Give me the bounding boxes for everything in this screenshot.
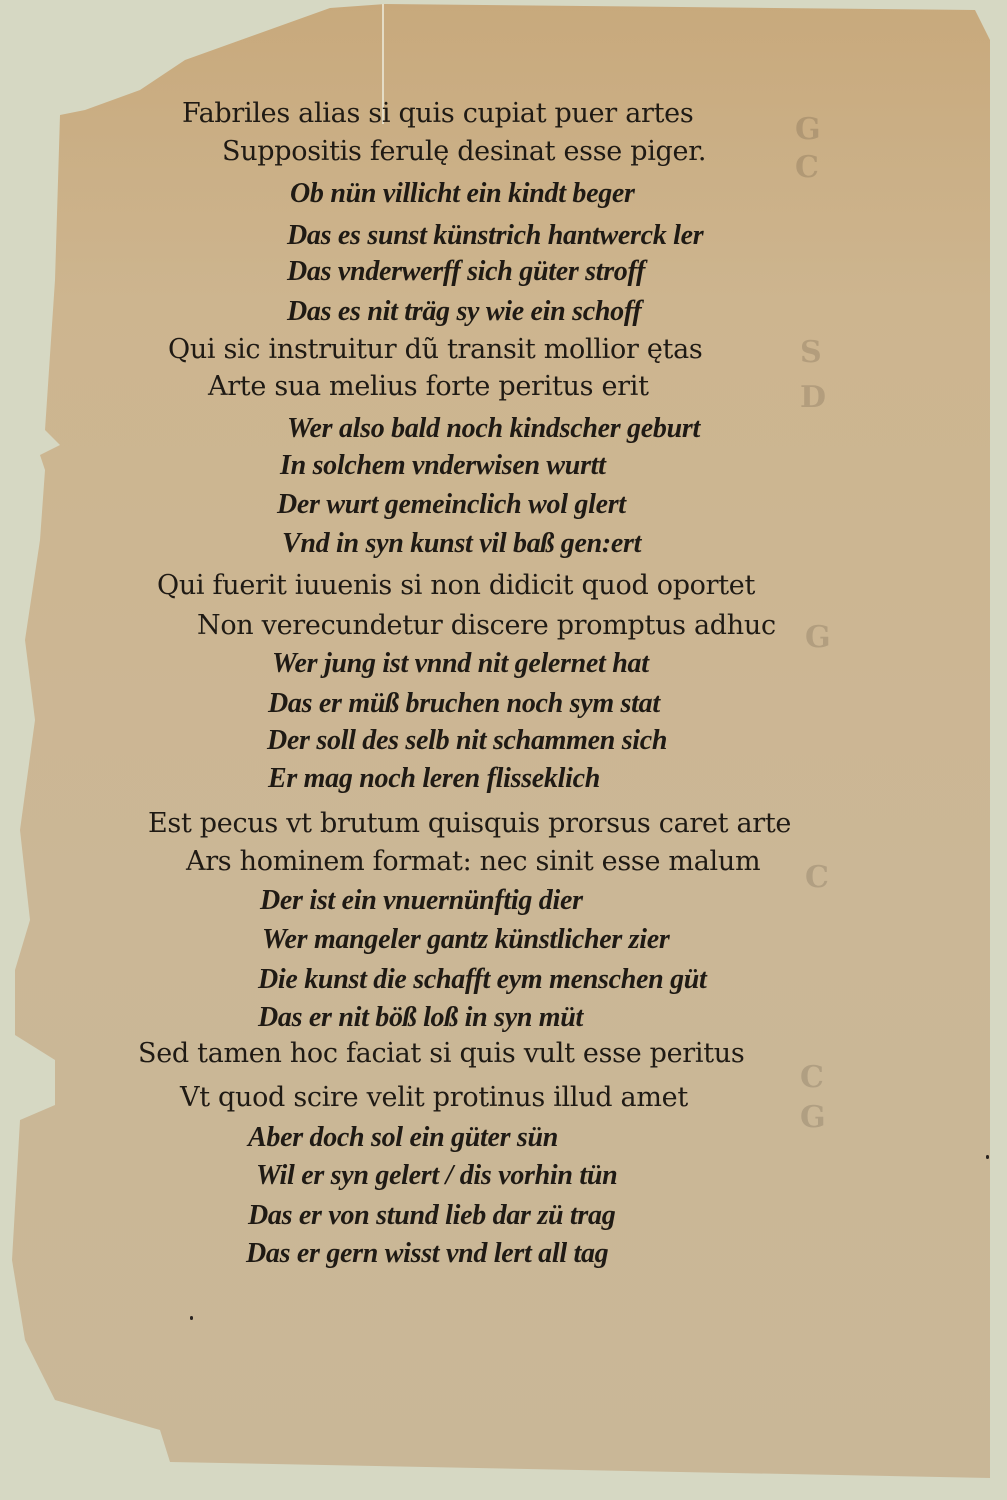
verse-line: In solchem vnderwisen wurtt xyxy=(280,452,606,480)
verse-line: Sed tamen hoc faciat si quis vult esse p… xyxy=(138,1040,744,1067)
verse-line: Ob nün villicht ein kindt beger xyxy=(290,180,635,208)
verse-line: Vnd in syn kunst vil baß gen:ert xyxy=(282,530,641,558)
verse-line: Qui sic instruitur dũ transit mollior ęt… xyxy=(168,336,702,363)
ink-speck xyxy=(190,1316,193,1320)
verse-line: Das vnderwerff sich güter stroff xyxy=(287,258,645,286)
verse-line: Der soll des selb nit schammen sich xyxy=(267,727,667,755)
verse-line: Arte sua melius forte peritus erit xyxy=(208,373,649,400)
verse-line: Das es nit träg sy wie ein schoff xyxy=(287,298,641,326)
show-through-glyph: C xyxy=(805,860,829,895)
verse-line: Wer mangeler gantz künstlicher zier xyxy=(262,926,669,954)
show-through-glyph: G xyxy=(805,620,831,655)
show-through-glyph: G xyxy=(795,112,821,147)
verse-line: Das er gern wisst vnd lert all tag xyxy=(246,1240,608,1268)
verse-line: Wil er syn gelert / dis vorhin tün xyxy=(256,1162,617,1190)
verse-line: Est pecus vt brutum quisquis prorsus car… xyxy=(148,810,791,837)
verse-line: Das er von stund lieb dar zü trag xyxy=(248,1202,615,1230)
verse-line: Wer also bald noch kindscher geburt xyxy=(287,415,700,443)
verse-line: Fabriles alias si quis cupiat puer artes xyxy=(182,100,693,127)
verse-line: Ars hominem format: nec sinit esse malum xyxy=(186,848,760,875)
verse-line: Das er müß bruchen noch sym stat xyxy=(268,690,660,718)
show-through-glyph: C xyxy=(795,150,819,185)
verse-line: Die kunst die schafft eym menschen güt xyxy=(258,966,707,994)
verse-line: Das er nit böß loß in syn müt xyxy=(258,1004,583,1032)
show-through-glyph: D xyxy=(800,380,826,415)
verse-line: Aber doch sol ein güter sün xyxy=(248,1124,558,1152)
verse-text-block: G C S D G C C G Fabriles alias si quis c… xyxy=(0,0,1007,1500)
verse-line: Qui fuerit iuuenis si non didicit quod o… xyxy=(157,572,755,599)
verse-line: Er mag noch leren flisseklich xyxy=(268,765,600,793)
verse-line: Der ist ein vnuernünftig dier xyxy=(260,887,583,915)
show-through-glyph: S xyxy=(800,335,822,370)
verse-line: Das es sunst künstrich hantwerck ler xyxy=(287,222,703,250)
verse-line: Der wurt gemeinclich wol glert xyxy=(277,491,626,519)
verse-line: Vt quod scire velit protinus illud amet xyxy=(180,1084,688,1111)
verse-line: Non verecundetur discere promptus adhuc xyxy=(197,612,776,639)
show-through-glyph: C xyxy=(800,1060,824,1095)
verse-line: Wer jung ist vnnd nit gelernet hat xyxy=(272,650,649,678)
show-through-glyph: G xyxy=(800,1100,826,1135)
verse-line: Suppositis ferulę desinat esse piger. xyxy=(222,138,706,165)
ink-speck xyxy=(986,1155,989,1159)
